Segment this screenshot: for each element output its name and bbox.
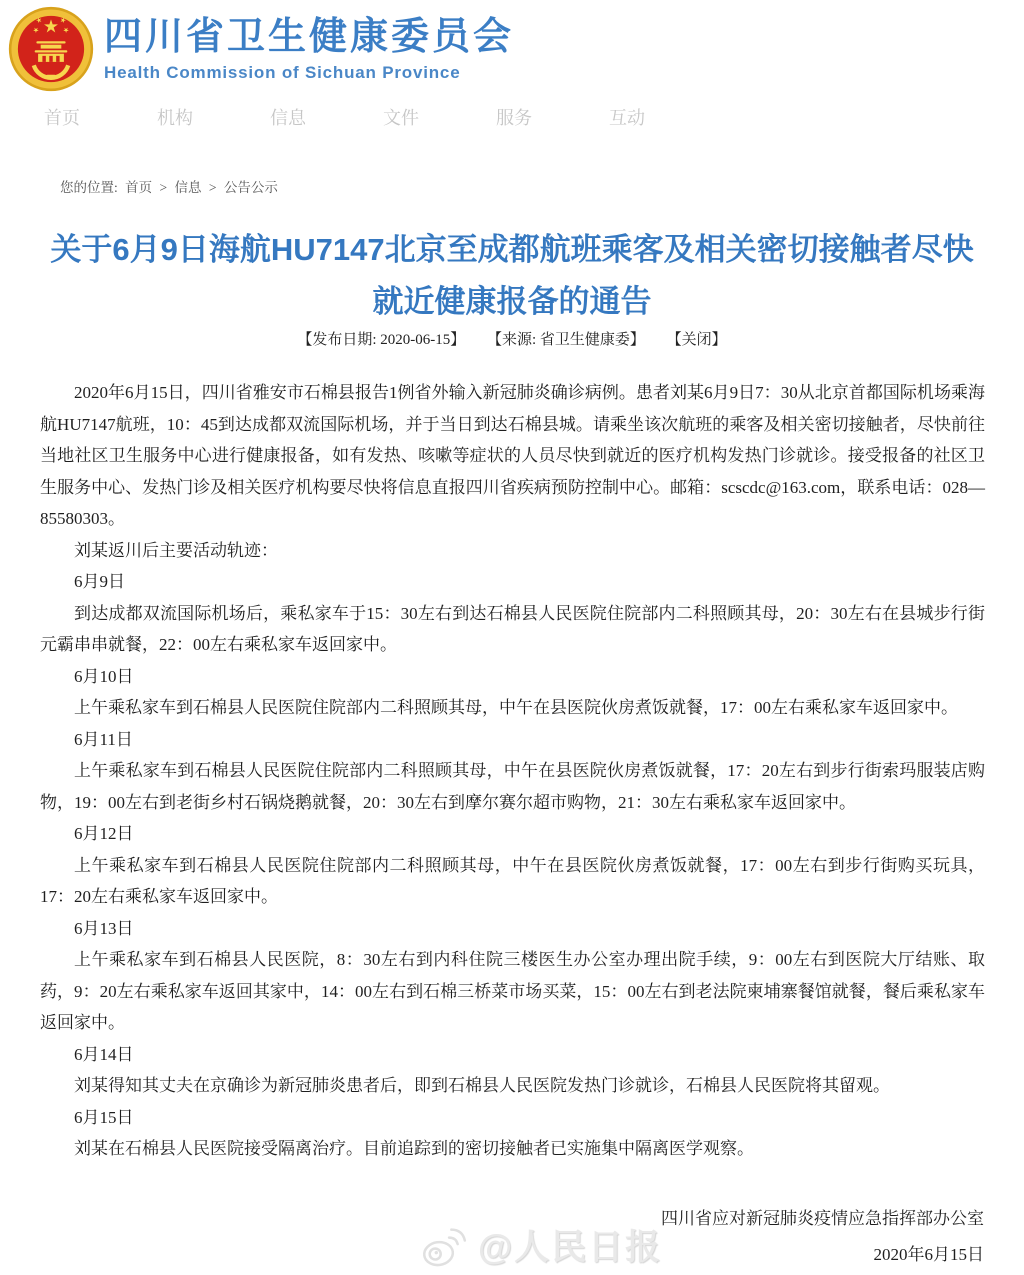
nav-item-interaction[interactable]: 互动 [609, 104, 722, 130]
site-brand-title: 四川省卫生健康委员会 [104, 15, 514, 61]
paragraph-date-jun13: 6月13日 [40, 913, 985, 945]
breadcrumb-item-information[interactable]: 信息 [175, 180, 202, 195]
paragraph-date-jun14: 6月14日 [40, 1039, 985, 1071]
paragraph-jun9-activity: 到达成都双流国际机场后，乘私家车于15：30左右到达石棉县人民医院住院部内二科照… [40, 598, 985, 661]
paragraph-date-jun9: 6月9日 [40, 566, 985, 598]
weibo-watermark: @人民日报 [418, 1220, 662, 1270]
signature-office: 四川省应对新冠肺炎疫情应急指挥部办公室 [661, 1201, 984, 1237]
close-button[interactable]: 【关闭】 [667, 332, 727, 348]
breadcrumb-prefix: 您的位置: [60, 180, 118, 195]
paragraph-date-jun10: 6月10日 [40, 661, 985, 693]
china-national-emblem-icon [8, 6, 94, 92]
signature-date: 2020年6月15日 [661, 1237, 984, 1273]
nav-item-services[interactable]: 服务 [496, 104, 609, 130]
page: 四川省卫生健康委员会 Health Commission of Sichuan … [0, 0, 1024, 1275]
paragraph-date-jun11: 6月11日 [40, 724, 985, 756]
article-title: 关于6月9日海航HU7147北京至成都航班乘客及相关密切接触者尽快就近健康报备的… [40, 224, 984, 328]
article-meta: 【发布日期: 2020-06-15】 【来源: 省卫生健康委】 【关闭】 [0, 328, 1024, 349]
paragraph-date-jun15: 6月15日 [40, 1102, 985, 1134]
breadcrumb: 您的位置: 首页 > 信息 > 公告公示 [60, 176, 282, 196]
site-brand-subtitle: Health Commission of Sichuan Province [104, 63, 514, 83]
nav-item-information[interactable]: 信息 [270, 104, 383, 130]
weibo-icon [415, 1216, 475, 1273]
breadcrumb-separator: > [160, 180, 168, 195]
paragraph-jun13-activity: 上午乘私家车到石棉县人民医院，8：30左右到内科住院三楼医生办公室办理出院手续，… [40, 944, 985, 1039]
paragraph-date-jun12: 6月12日 [40, 818, 985, 850]
article-body: 2020年6月15日，四川省雅安市石棉县报告1例省外输入新冠肺炎确诊病例。患者刘… [40, 377, 985, 1165]
source-label: 【来源: 省卫生健康委】 [487, 332, 645, 348]
paragraph-jun11-activity: 上午乘私家车到石棉县人民医院住院部内二科照顾其母，中午在县医院伙房煮饭就餐，17… [40, 755, 985, 818]
breadcrumb-item-home[interactable]: 首页 [125, 180, 152, 195]
site-brand: 四川省卫生健康委员会 Health Commission of Sichuan … [104, 15, 514, 84]
main-nav: 首页 机构 信息 文件 服务 互动 [44, 104, 722, 130]
nav-item-home[interactable]: 首页 [44, 104, 157, 130]
breadcrumb-item-announcements[interactable]: 公告公示 [224, 180, 278, 195]
paragraph-track-heading: 刘某返川后主要活动轨迹： [40, 535, 985, 567]
paragraph-jun10-activity: 上午乘私家车到石棉县人民医院住院部内二科照顾其母，中午在县医院伙房煮饭就餐，17… [40, 692, 985, 724]
watermark-text: @人民日报 [478, 1220, 662, 1270]
publish-date-label: 【发布日期: 2020-06-15】 [297, 332, 465, 348]
paragraph-intro: 2020年6月15日，四川省雅安市石棉县报告1例省外输入新冠肺炎确诊病例。患者刘… [40, 377, 985, 535]
breadcrumb-separator: > [209, 180, 217, 195]
paragraph-jun12-activity: 上午乘私家车到石棉县人民医院住院部内二科照顾其母，中午在县医院伙房煮饭就餐，17… [40, 850, 985, 913]
nav-item-organization[interactable]: 机构 [157, 104, 270, 130]
article-signature: 四川省应对新冠肺炎疫情应急指挥部办公室 2020年6月15日 [661, 1201, 984, 1273]
paragraph-jun14-activity: 刘某得知其丈夫在京确诊为新冠肺炎患者后，即到石棉县人民医院发热门诊就诊，石棉县人… [40, 1070, 985, 1102]
site-header: 四川省卫生健康委员会 Health Commission of Sichuan … [8, 6, 514, 92]
nav-item-documents[interactable]: 文件 [383, 104, 496, 130]
paragraph-jun15-activity: 刘某在石棉县人民医院接受隔离治疗。目前追踪到的密切接触者已实施集中隔离医学观察。 [40, 1133, 985, 1165]
